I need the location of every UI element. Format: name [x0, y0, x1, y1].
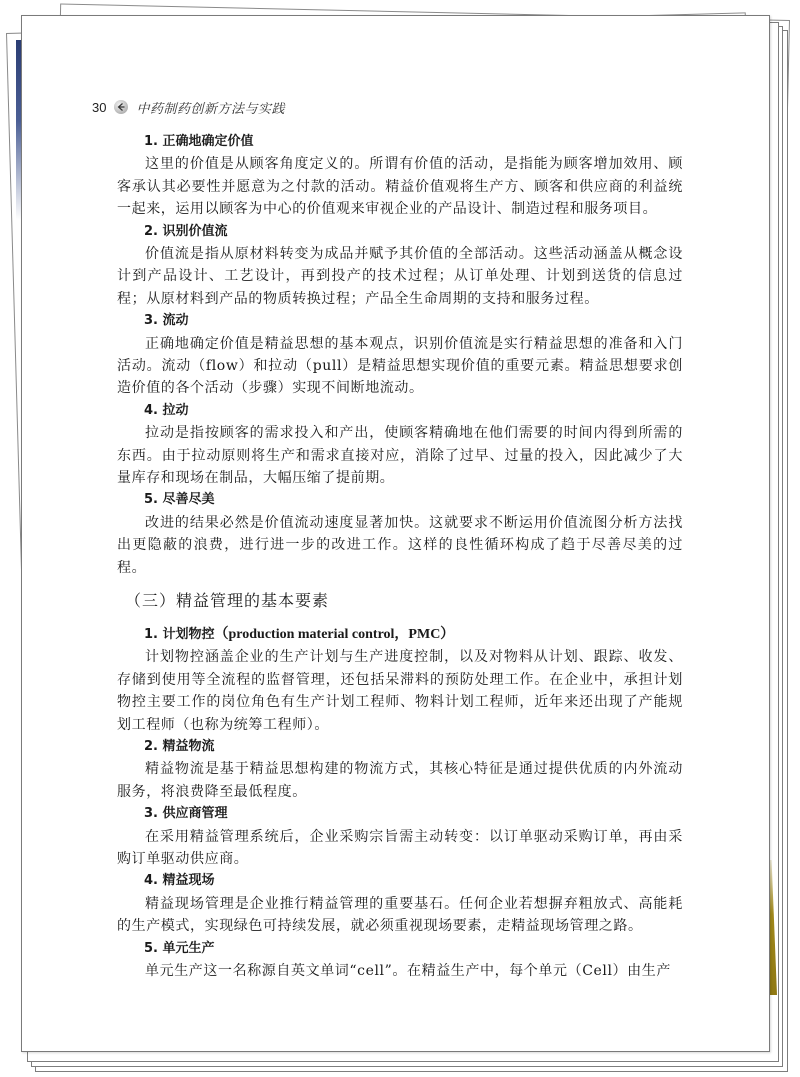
- section-title: （三）精益管理的基本要素: [117, 588, 683, 614]
- principle-item: 1. 正确地确定价值 这里的价值是从顾客角度定义的。所谓有价值的活动，是指能为顾…: [117, 131, 683, 221]
- principle-item: 4. 拉动 拉动是指按顾客的需求投入和产出，使顾客精确地在他们需要的时间内得到所…: [117, 400, 683, 490]
- element-item: 3. 供应商管理 在采用精益管理系统后，企业采购宗旨需主动转变：以订单驱动采购订…: [117, 803, 683, 870]
- item-heading: 2. 精益物流: [117, 736, 683, 758]
- item-heading: 5. 单元生产: [117, 938, 683, 960]
- item-heading: 2. 识别价值流: [117, 221, 683, 243]
- item-body: 单元生产这一名称源自英文单词“cell”。在精益生产中，每个单元（Cell）由生…: [117, 960, 683, 982]
- item-heading: 3. 流动: [117, 310, 683, 332]
- book-title: 中药制药创新方法与实践: [136, 98, 285, 117]
- page-number: 30: [92, 100, 106, 115]
- item-body: 计划物控涵盖企业的生产计划与生产进度控制，以及对物料从计划、跟踪、收发、存储到使…: [117, 646, 683, 736]
- principle-item: 5. 尽善尽美 改进的结果必然是价值流动速度显著加快。这就要求不断运用价值流图分…: [117, 489, 683, 579]
- page-content: 1. 正确地确定价值 这里的价值是从顾客角度定义的。所谓有价值的活动，是指能为顾…: [117, 131, 683, 982]
- item-heading-en: （production material control，PMC）: [215, 627, 455, 642]
- item-body: 精益物流是基于精益思想构建的物流方式，其核心特征是通过提供优质的内外流动服务，将…: [117, 758, 683, 803]
- item-body: 精益现场管理是企业推行精益管理的重要基石。任何企业若想摒弃粗放式、高能耗的生产模…: [117, 893, 683, 938]
- item-heading: 5. 尽善尽美: [117, 489, 683, 511]
- item-body: 改进的结果必然是价值流动速度显著加快。这就要求不断运用价值流图分析方法找出更隐蔽…: [117, 512, 683, 579]
- item-heading: 1. 计划物控（production material control，PMC）: [117, 624, 683, 646]
- element-item: 5. 单元生产 单元生产这一名称源自英文单词“cell”。在精益生产中，每个单元…: [117, 938, 683, 983]
- principle-item: 2. 识别价值流 价值流是指从原材料转变为成品并赋予其价值的全部活动。这些活动涵…: [117, 221, 683, 311]
- element-item: 2. 精益物流 精益物流是基于精益思想构建的物流方式，其核心特征是通过提供优质的…: [117, 736, 683, 803]
- element-item: 4. 精益现场 精益现场管理是企业推行精益管理的重要基石。任何企业若想摒弃粗放式…: [117, 870, 683, 937]
- item-body: 在采用精益管理系统后，企业采购宗旨需主动转变：以订单驱动采购订单，再由采购订单驱…: [117, 826, 683, 871]
- item-body: 这里的价值是从顾客角度定义的。所谓有价值的活动，是指能为顾客增加效用、顾客承认其…: [117, 153, 683, 220]
- arrow-left-circle-icon: [114, 100, 128, 114]
- element-item: 1. 计划物控（production material control，PMC）…: [117, 624, 683, 736]
- item-heading: 4. 精益现场: [117, 870, 683, 892]
- item-heading: 1. 正确地确定价值: [117, 131, 683, 153]
- item-heading-cn: 1. 计划物控: [144, 627, 215, 642]
- running-header: 30 中药制药创新方法与实践: [92, 97, 285, 117]
- item-body: 价值流是指从原材料转变为成品并赋予其价值的全部活动。这些活动涵盖从概念设计到产品…: [117, 243, 683, 310]
- item-body: 正确地确定价值是精益思想的基本观点，识别价值流是实行精益思想的准备和入门活动。流…: [117, 333, 683, 400]
- item-body: 拉动是指按顾客的需求投入和产出，使顾客精确地在他们需要的时间内得到所需的东西。由…: [117, 422, 683, 489]
- principle-item: 3. 流动 正确地确定价值是精益思想的基本观点，识别价值流是实行精益思想的准备和…: [117, 310, 683, 400]
- item-heading: 3. 供应商管理: [117, 803, 683, 825]
- item-heading: 4. 拉动: [117, 400, 683, 422]
